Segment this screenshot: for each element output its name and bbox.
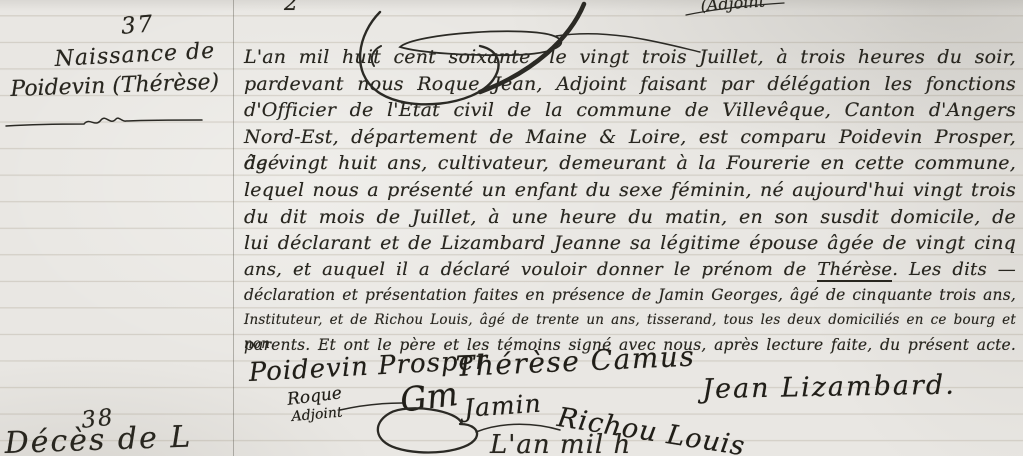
line9-post: . Les dits — xyxy=(892,259,1016,280)
act-text-line-11: Instituteur, et de Richou Louis, âgé de … xyxy=(244,308,1016,332)
officiant-paraph: Gm xyxy=(398,374,460,420)
act-text-line-8: lui déclarant et de Lizambard Jeanne sa … xyxy=(244,230,1016,257)
act-text-line-4: Nord-Est, département de Maine & Loire, … xyxy=(244,124,1016,151)
signature-jamin: Jamin xyxy=(463,389,543,423)
act-title-line2: Poidevin (Thérèse) xyxy=(10,70,220,102)
next-act-first-line: L'an mil h xyxy=(490,430,631,456)
act-text-line-7: du dit mois de Juillet, à une heure du m… xyxy=(244,204,1016,231)
line9-pre: ans, et auquel il a déclaré vouloir donn… xyxy=(244,259,817,280)
act-text-line-5: de vingt huit ans, cultivateur, demeuran… xyxy=(244,150,1016,177)
act-title-line1: Naissance de xyxy=(54,39,216,72)
prev-act-officiant-label: (Adjoint xyxy=(700,0,766,15)
prev-act-signature-remnant: 2 xyxy=(284,0,298,16)
act-number: 37 xyxy=(120,11,155,40)
act-text-line-1: L'an mil huit cent soixante, le vingt tr… xyxy=(244,44,1016,71)
register-page-scan: 37 Naissance de Poidevin (Thérèse) 38 Dé… xyxy=(0,0,1023,456)
act-text-line-3: d'Officier de l'Etat civil de la commune… xyxy=(244,97,1016,124)
margin-rule xyxy=(233,0,234,456)
signature-roque-title: Adjoint xyxy=(291,405,343,425)
next-act-margin-title: Décès de L xyxy=(4,419,193,456)
signature-jean-lizambard: Jean Lizambard. xyxy=(702,370,956,405)
margin-underline-flourish xyxy=(6,118,202,126)
act-body: L'an mil huit cent soixante, le vingt tr… xyxy=(244,44,1016,359)
act-text-line-2: pardevant nous Roque Jean, Adjoint faisa… xyxy=(244,71,1016,98)
act-text-line-9: ans, et auquel il a déclaré vouloir donn… xyxy=(244,257,1016,284)
act-text-line-6: lequel nous a présenté un enfant du sexe… xyxy=(244,177,1016,204)
child-name-underlined: Thérèse xyxy=(817,259,892,283)
act-text-line-10: déclaration et présentation faites en pr… xyxy=(244,283,1016,308)
